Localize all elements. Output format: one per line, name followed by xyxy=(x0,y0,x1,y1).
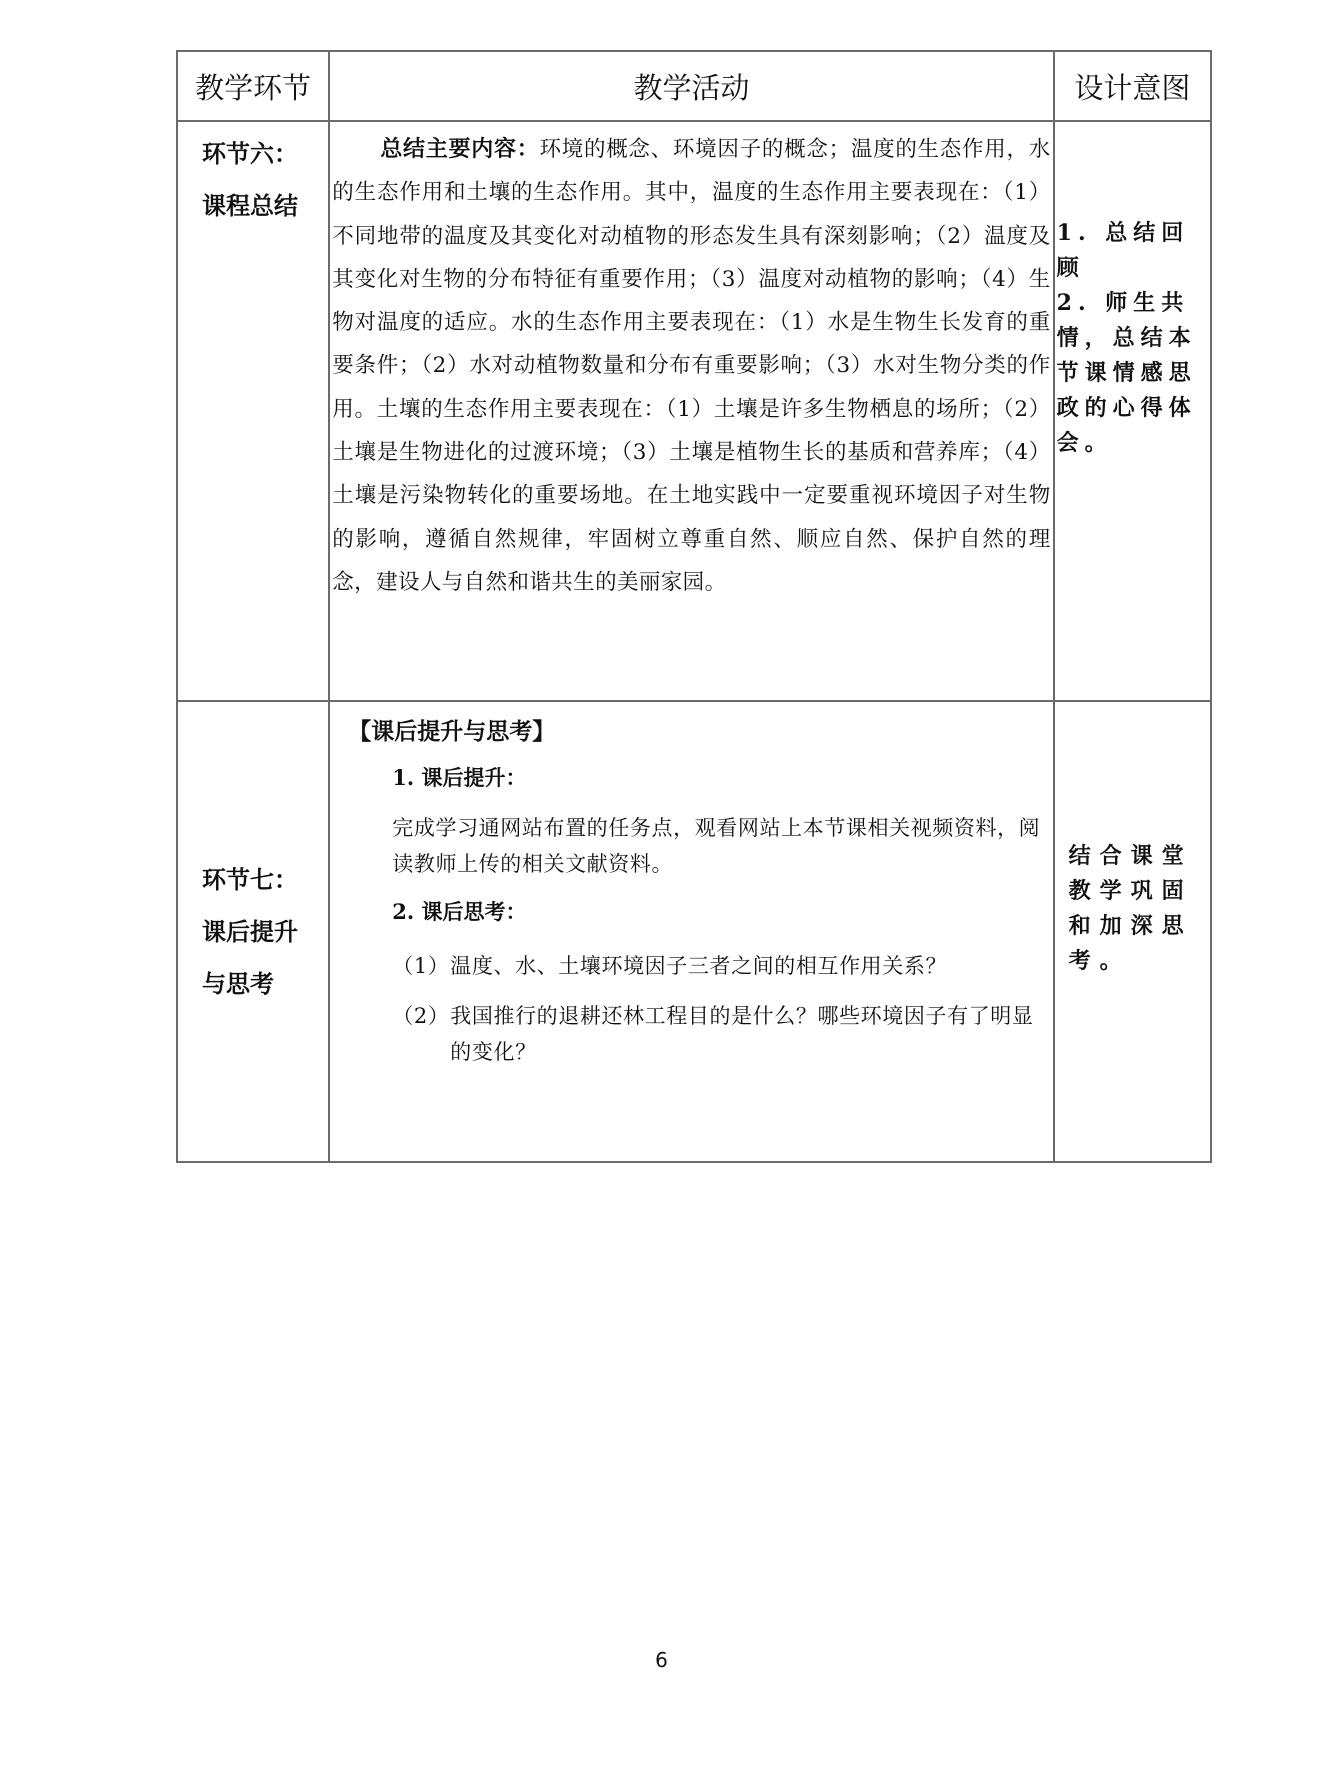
question-text: 温度、水、土壤环境因子三者之间的相互作用关系？ xyxy=(450,948,1042,984)
section-heading-thinking: 2. 课后思考： xyxy=(348,890,1042,934)
intent-cell: 1. 总结回顾 2. 师生共情，总结本节课情感思政的心得体会。 xyxy=(1054,121,1211,701)
section-heading-improvement: 1. 课后提升： xyxy=(348,756,1042,800)
summary-text: 环境的概念、环境因子的概念；温度的生态作用，水的生态作用和土壤的生态作用。其中，… xyxy=(332,137,1050,595)
summary-paragraph: 总结主要内容：环境的概念、环境因子的概念；温度的生态作用，水的生态作用和土壤的生… xyxy=(330,122,1052,604)
post-class-title: 【课后提升与思考】 xyxy=(348,710,1042,754)
question-number: （2） xyxy=(392,998,450,1070)
question-text: 我国推行的退耕还林工程目的是什么？哪些环境因子有了明显的变化？ xyxy=(450,998,1042,1070)
intent-text: 结合课堂教学巩固和加深思考。 xyxy=(1055,839,1210,979)
intent-cell: 结合课堂教学巩固和加深思考。 xyxy=(1054,701,1211,1162)
lesson-plan-table: 教学环节 教学活动 设计意图 环节六： 课程总结 总结主要内容：环境的概念、环境… xyxy=(176,50,1212,1163)
header-stage: 教学环节 xyxy=(177,51,329,121)
header-intent: 设计意图 xyxy=(1054,51,1211,121)
summary-lead: 总结主要内容： xyxy=(332,137,539,162)
stage-cell: 环节七： 课后提升 与思考 xyxy=(177,701,329,1162)
stage-label: 环节六： 课程总结 xyxy=(178,122,328,232)
table-header-row: 教学环节 教学活动 设计意图 xyxy=(177,51,1211,121)
question-item: （2） 我国推行的退耕还林工程目的是什么？哪些环境因子有了明显的变化？ xyxy=(348,998,1042,1070)
page-number: 6 xyxy=(0,1648,1323,1672)
intent-text: 1. 总结回顾 2. 师生共情，总结本节课情感思政的心得体会。 xyxy=(1055,122,1210,461)
stage-cell: 环节六： 课程总结 xyxy=(177,121,329,701)
stage-label: 环节七： 课后提升 与思考 xyxy=(178,854,328,1010)
post-class-section: 【课后提升与思考】 1. 课后提升： 完成学习通网站布置的任务点，观看网站上本节… xyxy=(330,702,1052,1070)
section-text-improvement: 完成学习通网站布置的任务点，观看网站上本节课相关视频资料，阅读教师上传的相关文献… xyxy=(348,810,1042,882)
table-row-stage-six: 环节六： 课程总结 总结主要内容：环境的概念、环境因子的概念；温度的生态作用，水… xyxy=(177,121,1211,701)
activity-cell: 【课后提升与思考】 1. 课后提升： 完成学习通网站布置的任务点，观看网站上本节… xyxy=(329,701,1053,1162)
header-activity: 教学活动 xyxy=(329,51,1053,121)
question-number: （1） xyxy=(392,948,450,984)
table-row-stage-seven: 环节七： 课后提升 与思考 【课后提升与思考】 1. 课后提升： 完成学习通网站… xyxy=(177,701,1211,1162)
question-item: （1） 温度、水、土壤环境因子三者之间的相互作用关系？ xyxy=(348,948,1042,984)
activity-cell: 总结主要内容：环境的概念、环境因子的概念；温度的生态作用，水的生态作用和土壤的生… xyxy=(329,121,1053,701)
